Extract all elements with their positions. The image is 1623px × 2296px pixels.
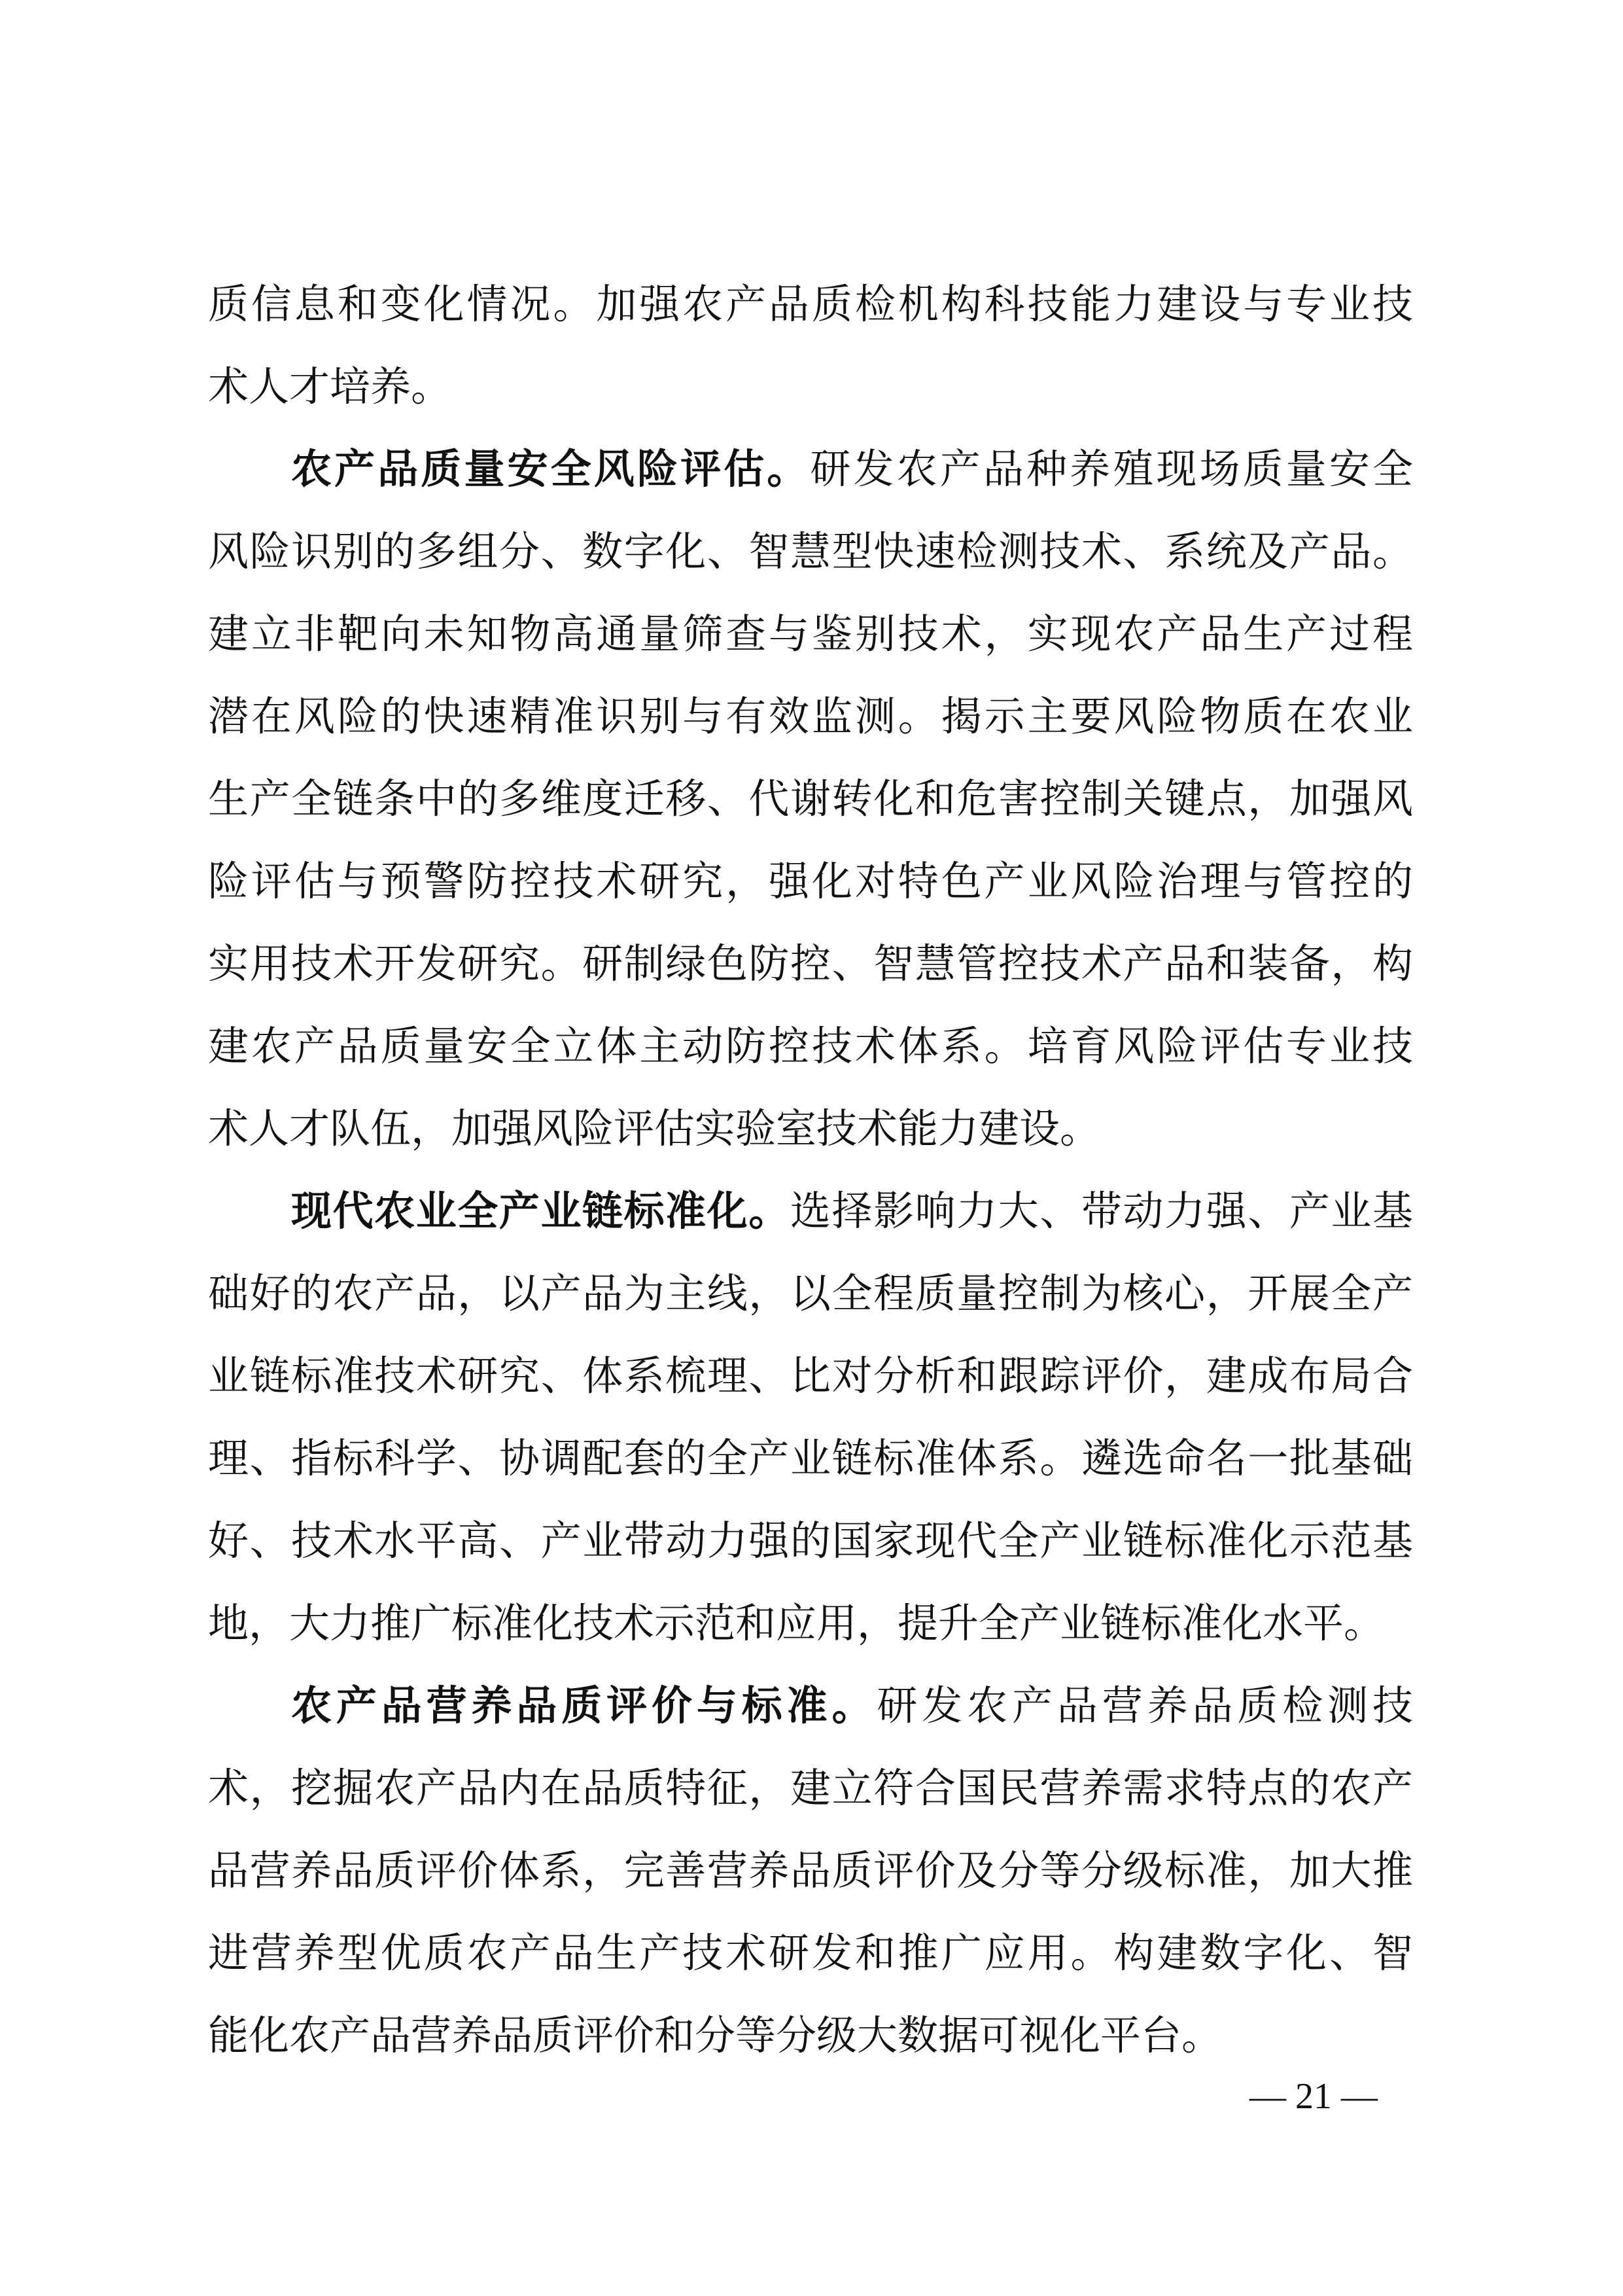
- line-text: 建立非靶向未知物高通量筛查与鉴别技术，实现农产品生产过程: [208, 610, 1413, 658]
- line-text: 术，挖掘农产品内在品质特征，建立符合国民营养需求特点的农产: [208, 1764, 1413, 1812]
- text-line: 术，挖掘农产品内在品质特征，建立符合国民营养需求特点的农产: [208, 1762, 1413, 1814]
- section-heading-line: 农产品营养品质评价与标准。研发农产品营养品质检测技: [291, 1680, 1413, 1732]
- line-text: 理、指标科学、协调配套的全产业链标准体系。遴选命名一批基础: [208, 1434, 1413, 1482]
- text-line: 础好的农产品，以产品为主线，以全程质量控制为核心，开展全产: [208, 1267, 1413, 1320]
- section-heading-risk-assessment: 农产品质量安全风险评估。: [291, 445, 810, 493]
- line-text: 研发农产品营养品质检测技: [877, 1682, 1413, 1729]
- line-text: 术人才队伍，加强风险评估实验室技术能力建设。: [208, 1104, 1100, 1152]
- line-text: 业链标准技术研究、体系梳理、比对分析和跟踪评价，建成布局合: [208, 1352, 1413, 1400]
- line-text: 能化农产品营养品质评价和分等分级大数据可视化平台。: [208, 2011, 1222, 2059]
- line-text: 研发农产品种养殖现场质量安全: [810, 445, 1413, 493]
- line-text: 地，大力推广标准化技术示范和应用，提升全产业链标准化水平。: [208, 1599, 1384, 1647]
- text-line: 品营养品质评价体系，完善营养品质评价及分等分级标准，加大推: [208, 1845, 1413, 1897]
- text-line: 潜在风险的快速精准识别与有效监测。揭示主要风险物质在农业: [208, 690, 1413, 743]
- text-line: 建立非靶向未知物高通量筛查与鉴别技术，实现农产品生产过程: [208, 608, 1413, 660]
- text-line: 建农产品质量安全立体主动防控技术体系。培育风险评估专业技: [208, 1020, 1413, 1072]
- line-text: 险评估与预警防控技术研究，强化对特色产业风险治理与管控的: [208, 857, 1413, 905]
- line-text: 好、技术水平高、产业带动力强的国家现代全产业链标准化示范基: [208, 1517, 1413, 1564]
- text-line: 险评估与预警防控技术研究，强化对特色产业风险治理与管控的: [208, 855, 1413, 908]
- text-line: 好、技术水平高、产业带动力强的国家现代全产业链标准化示范基: [208, 1515, 1413, 1567]
- text-line: 质信息和变化情况。加强农产品质检机构科技能力建设与专业技: [208, 278, 1413, 330]
- line-text: 础好的农产品，以产品为主线，以全程质量控制为核心，开展全产: [208, 1269, 1413, 1317]
- text-line: 术人才队伍，加强风险评估实验室技术能力建设。: [208, 1103, 1413, 1155]
- section-heading-line: 农产品质量安全风险评估。研发农产品种养殖现场质量安全: [291, 443, 1413, 495]
- line-text: 潜在风险的快速精准识别与有效监测。揭示主要风险物质在农业: [208, 692, 1413, 740]
- text-line: 能化农产品营养品质评价和分等分级大数据可视化平台。: [208, 2009, 1413, 2062]
- section-heading-nutrition-quality: 农产品营养品质评价与标准。: [291, 1682, 877, 1729]
- line-text: 品营养品质评价体系，完善营养品质评价及分等分级标准，加大推: [208, 1846, 1413, 1894]
- text-line: 术人才培养。: [208, 361, 1413, 413]
- line-text: 质信息和变化情况。加强农产品质检机构科技能力建设与专业技: [208, 280, 1413, 328]
- page-number: — 21 —: [1249, 2075, 1378, 2117]
- line-text: 风险识别的多组分、数字化、智慧型快速检测技术、系统及产品。: [208, 527, 1413, 575]
- line-text: 选择影响力大、带动力强、产业基: [790, 1187, 1413, 1235]
- line-text: 术人才培养。: [208, 362, 451, 410]
- line-text: 实用技术开发研究。研制绿色防控、智慧管控技术产品和装备，构: [208, 940, 1413, 987]
- text-line: 理、指标科学、协调配套的全产业链标准体系。遴选命名一批基础: [208, 1432, 1413, 1485]
- section-heading-line: 现代农业全产业链标准化。选择影响力大、带动力强、产业基: [291, 1185, 1413, 1237]
- line-text: 进营养型优质农产品生产技术研发和推广应用。构建数字化、智: [208, 1929, 1413, 1977]
- document-page: 质信息和变化情况。加强农产品质检机构科技能力建设与专业技 术人才培养。 农产品质…: [0, 0, 1623, 2296]
- text-line: 进营养型优质农产品生产技术研发和推广应用。构建数字化、智: [208, 1927, 1413, 1979]
- section-heading-full-chain-standardization: 现代农业全产业链标准化。: [291, 1187, 790, 1235]
- text-line: 风险识别的多组分、数字化、智慧型快速检测技术、系统及产品。: [208, 525, 1413, 578]
- text-line: 实用技术开发研究。研制绿色防控、智慧管控技术产品和装备，构: [208, 938, 1413, 990]
- text-line: 地，大力推广标准化技术示范和应用，提升全产业链标准化水平。: [208, 1597, 1413, 1650]
- line-text: 生产全链条中的多维度迁移、代谢转化和危害控制关键点，加强风: [208, 775, 1413, 822]
- text-line: 生产全链条中的多维度迁移、代谢转化和危害控制关键点，加强风: [208, 773, 1413, 825]
- line-text: 建农产品质量安全立体主动防控技术体系。培育风险评估专业技: [208, 1022, 1413, 1070]
- text-line: 业链标准技术研究、体系梳理、比对分析和跟踪评价，建成布局合: [208, 1350, 1413, 1402]
